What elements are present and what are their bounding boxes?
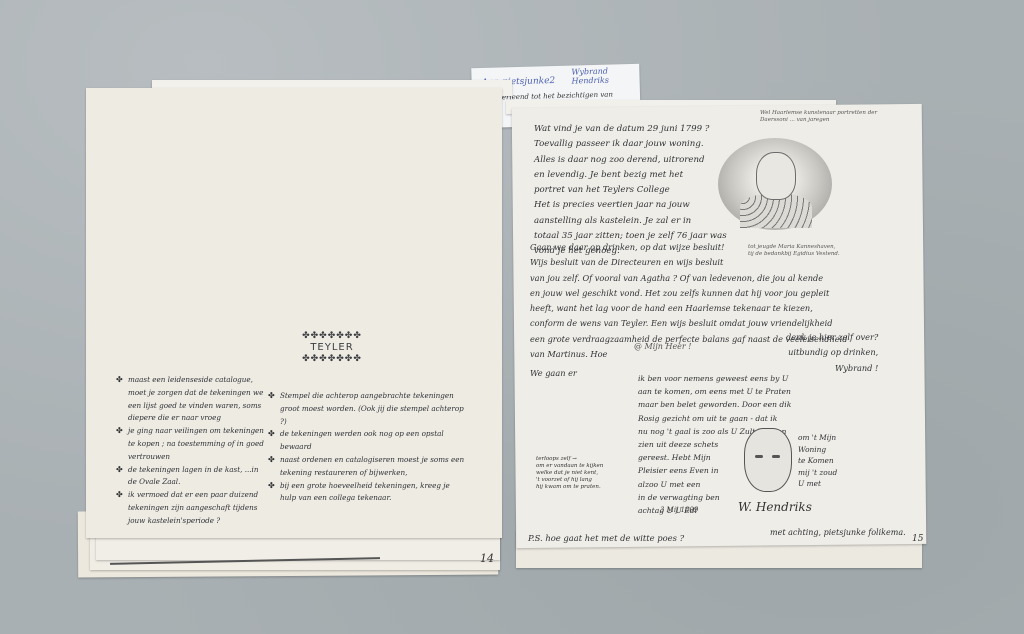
teyler-name: TEYLER: [296, 341, 368, 355]
teyler-stamp: ✤✤✤✤✤✤✤ TEYLER ✤✤✤✤✤✤✤: [296, 332, 368, 366]
dutch-passage-right: om 't Mijn Woning te Komen mij 't zoud U…: [798, 432, 837, 490]
page-number-right: 15: [912, 534, 923, 544]
letter-line: Wybrand !: [786, 361, 878, 376]
note-item: ik vermoed dat er een paar duizend teken…: [116, 489, 266, 527]
left-notes-column-2: Stempel die achterop aangebrachte tekeni…: [268, 390, 468, 505]
letter-line: Wijs besluit van de Directeuren en wijs …: [530, 255, 847, 270]
spiral-flourish-icon: @: [634, 342, 642, 351]
postscript: P.S. hoe gaat het met de witte poes ?: [528, 533, 684, 543]
portrait-caption-top: Wel Haarlemse kunstenaar portretten der …: [760, 110, 877, 124]
passage-line: ik ben voor nemens geweest eens by U: [638, 372, 791, 385]
passage-line: om 't Mijn: [798, 432, 837, 444]
note-item: de tekeningen lagen in de kast, ...in de…: [116, 464, 266, 490]
side-note-line: welke dat je niet kent,: [536, 470, 603, 477]
note-item: de tekeningen werden ook nog op een opst…: [268, 428, 468, 454]
letter-line: heeft, want het lag voor de hand een Haa…: [530, 301, 847, 316]
letter-line: uitbundig op drinken,: [786, 345, 878, 360]
passage-line: Rosig gezicht om uit te gaan - dat ik: [638, 412, 791, 425]
left-notes-column-1: maast een leidenseside catalogue, moet j…: [116, 374, 266, 528]
self-portrait-sketch: [744, 428, 792, 492]
passage-line: maar ben belet geworden. Door een dik: [638, 398, 791, 411]
side-note-line: terloops zelf →: [536, 456, 603, 463]
passage-line: Woning: [798, 444, 837, 456]
passage-line: aan te komen, om eens met U te Praten: [638, 385, 791, 398]
ornament-border-top: ✤✤✤✤✤✤✤: [296, 332, 368, 341]
ornament-border-bottom: ✤✤✤✤✤✤✤: [296, 355, 368, 364]
note-item: Stempel die achterop aangebrachte tekeni…: [268, 390, 468, 428]
letter-line: aanstelling als kastelein. Je zal er in: [534, 214, 727, 229]
letter-right-column: denk je hier zelf over? uitbundig op dri…: [786, 330, 878, 376]
side-note: terloops zelf → om er vandaan te kijken …: [536, 456, 603, 491]
mijn-heer-flourish: @ Mijn Heer !: [634, 342, 692, 351]
letter-line: Gaan we daar op drinken, op dat wijze be…: [530, 240, 847, 255]
date-note: 3 Mij 1809: [660, 506, 698, 514]
letter-line: en levendig. Je bent bezig met het: [534, 168, 727, 183]
letter-line: van jou zelf. Of vooral van Agatha ? Of …: [530, 271, 847, 286]
letter-closing: met achting, pietsjunke folikema.: [770, 528, 906, 537]
card-sender: Wybrand Hendriks: [571, 67, 609, 86]
note-item: maast een leidenseside catalogue, moet j…: [116, 374, 266, 425]
passage-line: U met: [798, 478, 837, 490]
passage-line: mij 't zoud: [798, 467, 837, 479]
sketch-eye: [755, 455, 763, 458]
letter-line: Wat vind je van de datum 29 juni 1799 ?: [534, 122, 727, 137]
letter-line: portret van het Teylers College: [534, 183, 727, 198]
caption-line: Daerssoni ... van jaregen: [760, 117, 877, 124]
note-item: naast ordenen en catalogiseren moest je …: [268, 454, 468, 480]
letter-line: Toevallig passeer ik daar jouw woning.: [534, 137, 727, 152]
letter-line: Het is precies veertien jaar na jouw: [534, 198, 727, 213]
portrait-face: [756, 152, 796, 200]
letter-line: Alles is daar nog zoo derend, uitrorend: [534, 153, 727, 168]
page-number-left: 14: [480, 552, 494, 565]
caption-line: Wel Haarlemse kunstenaar portretten der: [760, 110, 877, 117]
signature: W. Hendriks: [738, 500, 812, 514]
portrait-drawing: [718, 138, 832, 230]
letter-line: en jouw wel geschikt vond. Het zou zelfs…: [530, 286, 847, 301]
salutation: Mijn Heer !: [645, 342, 692, 351]
side-note-line: hij kwam om te praten.: [536, 484, 603, 491]
note-item: je ging naar veilingen om tekeningen te …: [116, 425, 266, 463]
card-sender-last: Hendriks: [571, 76, 609, 86]
note-item: bij een grote hoeveelheid tekeningen, kr…: [268, 480, 468, 506]
letter-line: denk je hier zelf over?: [786, 330, 878, 345]
passage-line: te Komen: [798, 455, 837, 467]
side-note-line: om er vandaan te kijken: [536, 463, 603, 470]
side-note-line: 't voorzet of hij lang: [536, 477, 603, 484]
sketch-eye: [772, 455, 780, 458]
